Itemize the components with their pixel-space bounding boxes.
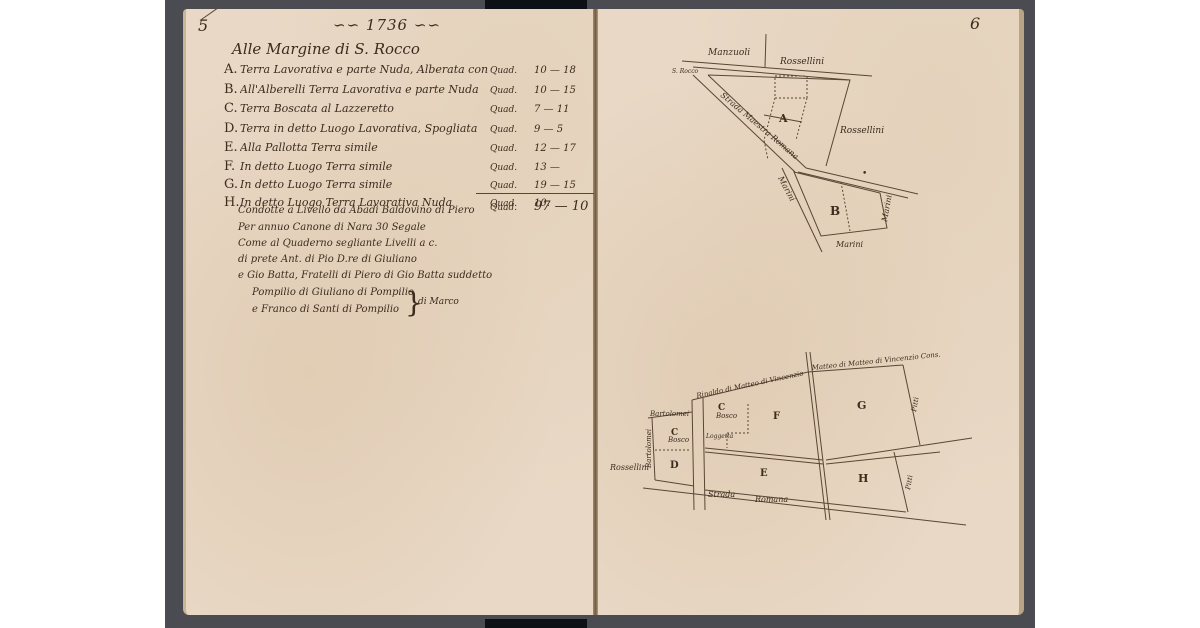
plot-label: D (670, 460, 679, 471)
plot-label: B (830, 204, 840, 218)
map-label: S. Rocco (672, 68, 699, 75)
map-label: Strada (708, 490, 735, 499)
map-label: Marini (835, 240, 863, 249)
map-label: Manzuoli (707, 48, 750, 58)
map-label: Strada Maestra Romana (719, 91, 801, 162)
map-label: Loggetta (705, 433, 734, 440)
plot-label: H (858, 472, 868, 485)
plot-label: F (773, 411, 780, 422)
map-label: Pitti (910, 396, 921, 413)
map-label: Romana (754, 495, 788, 504)
plot-label: C (718, 403, 725, 413)
plot-label: A (778, 112, 788, 125)
map-label: Pitti (904, 474, 915, 491)
plot-label: E (760, 468, 768, 479)
map-label: Marini (880, 194, 894, 224)
marker-icon: • (862, 169, 867, 179)
map-label: Rossellini (779, 57, 824, 67)
cadastral-maps: Manzuoli Rossellini Rossellini S. Rocco … (0, 0, 1200, 628)
map-label: Rossellini (839, 126, 884, 136)
map-label: Rinaldo di Matteo di Vincenzio (695, 369, 804, 400)
plot-label: C (671, 428, 678, 438)
bottom-map (643, 352, 972, 525)
map-label: Marini (776, 174, 797, 203)
map-label: Bosco (715, 412, 737, 420)
top-map-labels: Manzuoli Rossellini Rossellini S. Rocco … (672, 48, 894, 249)
map-label: Bartolomei (649, 410, 689, 418)
plot-label: G (857, 399, 866, 412)
map-label: Rossellini (609, 463, 650, 472)
map-label: Matteo di Matteo di Vincenzio Cons. (810, 350, 941, 372)
